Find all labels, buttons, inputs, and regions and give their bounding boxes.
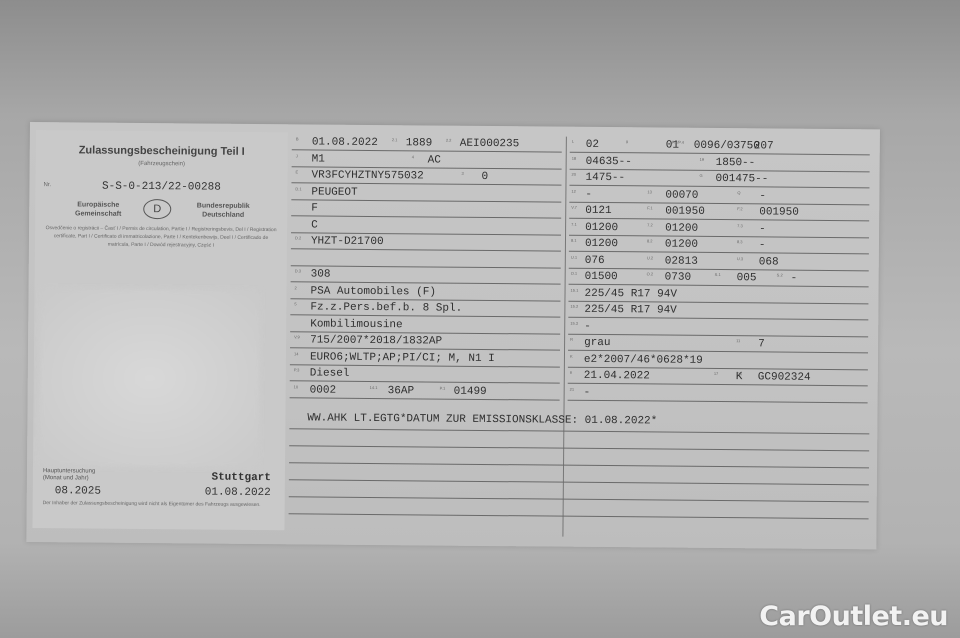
field-row: B01.08.20222.118892.2AEI000235	[292, 134, 562, 152]
field-code: 18	[572, 155, 576, 160]
field-row: V.9715/2007*2018/1832AP	[290, 332, 560, 350]
field-value: 0730	[665, 272, 692, 284]
field-code: O.1	[571, 271, 577, 276]
field-value: grau	[584, 337, 611, 349]
field-value: 01500	[585, 271, 618, 283]
issue-place: Stuttgart	[211, 472, 271, 485]
field-code: P.1	[440, 385, 446, 390]
field-code: D.1	[295, 186, 301, 191]
field-code: P.2/P.4	[672, 140, 684, 145]
field-code: L	[572, 139, 574, 144]
field-value: 1889	[406, 137, 433, 149]
field-value: 02	[586, 139, 599, 151]
field-code: 10	[294, 384, 298, 389]
field-code: S.2	[777, 273, 783, 278]
field-code: F.2	[737, 206, 742, 211]
field-code: 3	[462, 171, 464, 176]
certificate-header-panel: Zulassungsbescheinigung Teil I (Fahrzeug…	[32, 130, 287, 530]
field-code: 8.3	[737, 239, 743, 244]
field-value: 0096/03750	[694, 140, 760, 153]
inspection-label: Hauptuntersuchung (Monat und Jahr)	[43, 468, 103, 483]
field-value: 01200	[585, 221, 618, 233]
field-value: Diesel	[310, 367, 350, 379]
field-row: P.3Diesel	[290, 365, 560, 383]
field-value: PSA Automobiles (F)	[310, 285, 436, 298]
field-value: AEI000235	[460, 138, 520, 151]
field-row: 8.1012008.2012008.3-	[569, 236, 869, 255]
field-code: 2.2	[446, 138, 452, 143]
field-value: 02813	[665, 255, 698, 267]
redacted-owner-area	[39, 288, 261, 468]
field-value: e2*2007/46*0628*19	[584, 353, 703, 366]
field-code: D.3	[295, 268, 301, 273]
field-value: 01200	[665, 239, 698, 251]
field-code: S.1	[715, 272, 721, 277]
field-value: 21.04.2022	[584, 370, 650, 383]
field-code: U.1	[571, 254, 577, 259]
field-code: U.3	[737, 256, 743, 261]
field-row: 621.04.202217K16GC902324	[568, 368, 868, 387]
field-row: Ke2*2007/46*0628*19	[568, 351, 868, 370]
field-code: E	[296, 169, 299, 174]
field-value: VR3FCYHZTNY575032	[311, 169, 423, 182]
field-code: U.2	[647, 255, 653, 260]
document-subtitle: (Fahrzeugschein)	[36, 160, 288, 168]
field-row: 15.2225/45 R17 94V	[568, 302, 868, 321]
field-value: -	[791, 273, 798, 285]
field-value: 01499	[454, 385, 487, 397]
field-row: 1804635--191850--	[570, 153, 870, 172]
field-code: 16	[738, 371, 742, 376]
field-row: EVR3FCYHZTNY57503230	[291, 167, 561, 185]
data-grid: B01.08.20222.118892.2AEI000235JM14ACEVR3…	[288, 134, 871, 539]
field-code: 12	[571, 188, 575, 193]
field-code: 7.1	[571, 221, 577, 226]
field-value: PEUGEOT	[311, 186, 357, 198]
multilingual-text: Osvedčenie o registrácii – Časť I / Perm…	[45, 224, 277, 250]
field-code: 14	[294, 351, 298, 356]
field-code: 20	[572, 172, 576, 177]
field-code: V.7	[571, 205, 577, 210]
inspection-date: 08.2025	[55, 485, 101, 497]
blank-ruled-line	[289, 462, 869, 468]
field-row: 12-1300070Q-	[569, 186, 869, 205]
document-number: S-S-0-213/22-00288	[35, 180, 287, 194]
field-code: 8.2	[647, 238, 653, 243]
field-value: 7	[758, 338, 765, 350]
field-code: 4	[412, 154, 414, 159]
field-row: D.3308	[291, 266, 561, 284]
field-row: Kombilimousine	[290, 316, 560, 334]
field-code: O.2	[647, 271, 653, 276]
field-value: Fz.z.Pers.bef.b. 8 Spl.	[310, 301, 462, 314]
field-row: 15.3-	[568, 318, 868, 337]
document-title: Zulassungsbescheinigung Teil I	[36, 144, 288, 158]
field-value: 0121	[585, 205, 612, 217]
field-code: 2	[295, 285, 297, 290]
field-row: C	[291, 217, 561, 235]
column-divider	[562, 137, 566, 537]
field-code: 21	[570, 386, 574, 391]
field-value: -	[584, 320, 591, 332]
field-row: 201475--G001475--	[569, 170, 869, 189]
field-code: 7.3	[737, 223, 743, 228]
field-code: 11	[736, 338, 740, 343]
field-code: 8.1	[571, 238, 577, 243]
field-code: F.1	[647, 205, 652, 210]
field-code: 6	[570, 370, 572, 375]
field-value: Kombilimousine	[310, 318, 403, 331]
watermark-logo: CarOutlet.eu	[759, 601, 948, 632]
blank-ruled-line	[289, 428, 869, 434]
field-value: 0	[481, 171, 488, 183]
field-value: AC	[428, 154, 441, 166]
field-value: C	[311, 219, 318, 231]
field-row: 15.1225/45 R17 94V	[568, 285, 868, 304]
field-code: 7.2	[647, 222, 653, 227]
field-value: 0002	[310, 384, 337, 396]
field-value: EURO6;WLTP;AP;PI/CI; M, N1 I	[310, 351, 495, 365]
field-row: F	[291, 200, 561, 218]
field-code: J	[296, 153, 298, 158]
field-code: D.2	[295, 235, 301, 240]
field-code: 14.1	[370, 384, 378, 389]
field-code: 15.3	[570, 320, 578, 325]
field-code: G	[700, 173, 703, 178]
field-code: K	[570, 353, 573, 358]
eu-label: Europäische Gemeinschaft	[63, 200, 133, 219]
field-code: 15.1	[571, 287, 579, 292]
field-value: 00070	[665, 189, 698, 201]
field-row: 21-	[568, 384, 868, 403]
field-value: 225/45 R17 94V	[584, 304, 677, 317]
field-value: -	[759, 190, 766, 202]
field-row: 7.1012007.2012007.3-	[569, 219, 869, 238]
field-code: 5	[294, 301, 296, 306]
field-code: 19	[700, 156, 704, 161]
field-value: 01200	[585, 238, 618, 250]
field-row: 2PSA Automobiles (F)	[290, 283, 560, 301]
field-row: 14EURO6;WLTP;AP;PI/CI; M, N1 I	[290, 349, 560, 367]
field-value: 04635--	[586, 155, 632, 167]
field-value: 076	[585, 254, 605, 266]
field-row	[291, 250, 561, 268]
field-row: 5Fz.z.Pers.bef.b. 8 Spl.	[290, 299, 560, 317]
field-value: 207	[754, 140, 774, 152]
field-code: 15.2	[570, 304, 578, 309]
field-row: U.1076U.202813U.3068	[569, 252, 869, 271]
field-row: V.70121F.1001950F.2001950	[569, 203, 869, 222]
field-code: Q	[737, 190, 740, 195]
field-value: 715/2007*2018/1832AP	[310, 334, 442, 347]
field-value: F	[311, 202, 318, 214]
field-row: JM14AC	[292, 151, 562, 169]
field-value: 068	[759, 256, 779, 268]
field-value: 001475--	[715, 173, 768, 185]
field-row: D.1PEUGEOT	[291, 184, 561, 202]
footer-note: Der Inhaber der Zulassungsbescheinigung …	[43, 500, 275, 508]
field-value: 001950	[665, 206, 705, 218]
blank-ruled-line	[289, 496, 869, 502]
field-value: 225/45 R17 94V	[584, 287, 677, 300]
blank-ruled-line	[289, 445, 869, 451]
field-value: M1	[312, 153, 325, 165]
field-code: R	[570, 337, 573, 342]
field-value: -	[759, 223, 766, 235]
country-oval-icon: D	[143, 199, 171, 219]
field-value: -	[585, 188, 592, 200]
field-code: T	[738, 140, 740, 145]
field-value: -	[759, 239, 766, 251]
field-value: 01.08.2022	[312, 136, 378, 149]
field-row: 10000214.136APP.101499	[290, 382, 560, 400]
field-code: V.9	[294, 334, 300, 339]
field-value: 1850--	[716, 156, 756, 168]
field-row: O.101500O.20730S.1005S.2-	[569, 269, 869, 288]
field-code: 17	[714, 371, 718, 376]
issue-date: 01.08.2022	[205, 487, 271, 500]
field-row: Rgrau117	[568, 335, 868, 354]
field-value: 01200	[665, 222, 698, 234]
blank-ruled-line	[289, 513, 869, 519]
field-code: B	[296, 136, 299, 141]
blank-ruled-line	[289, 479, 869, 485]
country-label: Bundesrepublik Deutschland	[183, 201, 263, 220]
registration-certificate: Zulassungsbescheinigung Teil I (Fahrzeug…	[26, 122, 880, 549]
field-value: YHZT-D21700	[311, 235, 384, 248]
field-value: 1475--	[585, 172, 625, 184]
field-row: D.2YHZT-D21700	[291, 233, 561, 251]
field-code: P.3	[294, 367, 300, 372]
field-value: -	[584, 386, 591, 398]
field-row: L02901P.2/P.40096/03750T207	[570, 137, 870, 156]
field-value: GC902324	[758, 371, 811, 383]
field-value: 005	[737, 272, 757, 284]
field-code: 2.1	[392, 137, 398, 142]
field-value: 308	[311, 268, 331, 280]
field-value: 36AP	[388, 385, 415, 397]
field-code: 9	[626, 139, 628, 144]
field-value: 001950	[759, 206, 799, 218]
field-code: 13	[647, 189, 651, 194]
